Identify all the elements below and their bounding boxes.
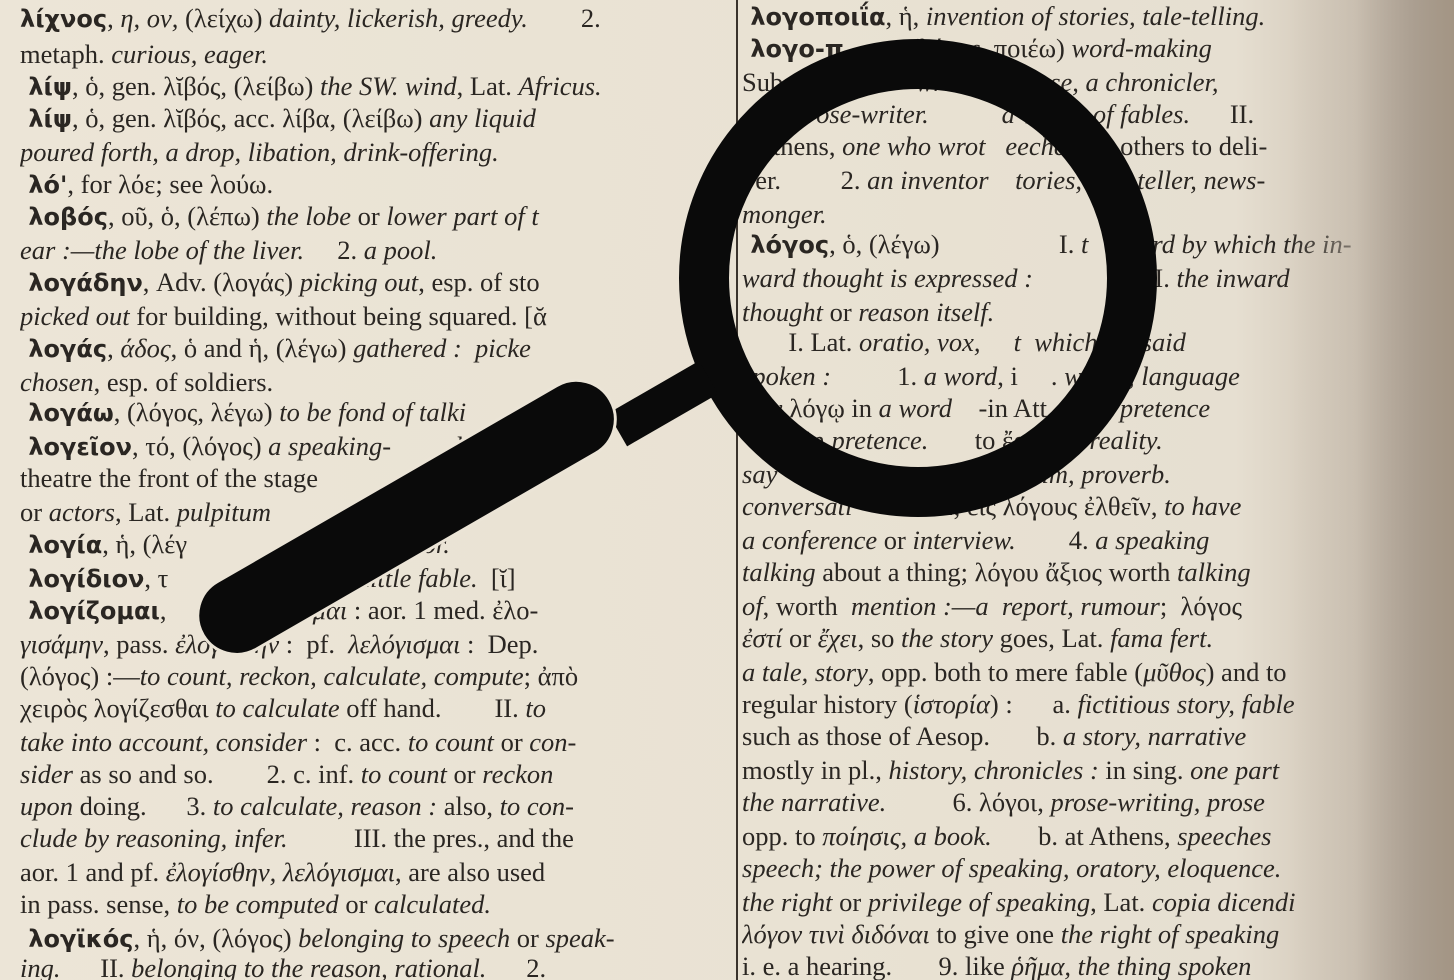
definition-italic: interview. [912,525,1015,555]
entry-text: (λείχω) [185,3,269,33]
entry-text: (λόγος) :— [20,661,140,691]
dictionary-line: opp. to ποίησις, a book. b. at Athens, s… [742,820,1271,853]
entry-text: goes, Lat. [993,623,1110,653]
definition-italic: calculated. [374,889,491,919]
entry-text: or [494,727,529,757]
left-column: λίχνος, η, ον, (λείχω) dainty, lickerish… [20,0,720,980]
entry-text: such as those of Aesop. b. [742,721,1063,751]
dictionary-line: Athens, one who wrot eeches for others t… [742,130,1267,163]
definition-italic: ear :—the lobe of the liver. [20,235,304,265]
definition-italic: belonging to the reason, rational. [131,953,486,980]
definition-italic: clude by reasoning, infer. [20,823,288,853]
dictionary-line: ward thought is expressed : II. the inwa… [742,262,1290,295]
definition-italic: mention :—a report, rumour [851,591,1160,621]
dictionary-line: λογίδιον, τ γος, a little fable. [ῐ] [20,562,516,595]
entry-text: ; εἰς λόγους ἐλθεῖν, [953,491,1164,521]
definition-italic: a writer of fables. [1002,99,1190,129]
headword: λοβός [20,203,108,231]
entry-text: ; ἀπὸ [524,661,579,691]
entry-text: or [877,525,912,555]
definition-italic: thought [742,297,823,327]
dictionary-line: of, worth mention :—a report, rumour; λό… [742,590,1242,623]
entry-text: for others to deli- [1076,131,1267,161]
entry-text: , so [858,623,901,653]
entry-text: mostly in pl., [742,755,889,785]
entry-text: 2. [528,3,601,33]
dictionary-line: sider as so and so. 2. c. inf. to count … [20,758,553,791]
dictionary-line: in pass. sense, to be computed or calcul… [20,888,491,921]
dictionary-page: λίχνος, η, ον, (λείχω) dainty, lickerish… [0,0,1454,980]
dictionary-line: a conference or interview. 4. a speaking [742,524,1209,557]
dictionary-line: ist, prose-writer. a writer of fables. I… [742,98,1254,131]
definition-italic: ἱστορία [913,689,990,719]
definition-italic: the inward [1177,263,1290,293]
dictionary-line: regular history (ἱστορία) : a. fictitiou… [742,688,1295,721]
definition-italic: t which is said [1014,327,1186,357]
definition-italic: a speaking [1095,525,1209,555]
entry-text: , pass. [103,629,175,659]
definition-italic: word-making [1071,33,1211,63]
dictionary-line: metaph. curious, eager. [20,38,268,71]
dictionary-line: such as those of Aesop. b. a story, narr… [742,720,1246,753]
entry-text: II. [1033,263,1177,293]
definition-italic: dainty, lickerish, greedy. [269,3,528,33]
definition-italic: λόγον τινὶ διδόναι [742,919,930,949]
entry-text: , ὁ, (λέγω) I. [829,229,1081,259]
entry-text: ) : a. [990,689,1078,719]
entry-text: -in Att., [952,393,1067,423]
entry-text: (λόγος, ποιέω) [844,33,1072,63]
dictionary-line: λογοποιΐα, ἡ, invention of stories, tale… [742,0,1265,33]
dictionary-line: ver. 2. an inventor tories, tale-teller,… [742,164,1265,197]
entry-text: metaph. [20,39,111,69]
entry-text: or [833,887,868,917]
dictionary-line: λογίζομαι, Att. ιοῦμαι : aor. 1 med. ἐλο… [20,594,538,627]
definition-italic: pretence. [832,425,929,455]
entry-text: , ἡ, όν, (λόγος) [134,923,299,953]
entry-text: or [447,759,482,789]
dictionary-line: λίχνος, η, ον, (λείχω) dainty, lickerish… [20,2,601,35]
definition-italic: to count [361,759,447,789]
entry-text: , ὁ, gen. λῐβός, acc. λίβα, (λείβω) [72,103,429,133]
entry-text: 6. λόγοι, [886,787,1050,817]
entry-text: ver. 2. [742,165,867,195]
entry-text: ; λόγος [1160,591,1242,621]
definition-italic: gathered : picke [353,333,531,363]
entry-text: or [351,201,386,231]
entry-text: τεῖν λόγῳ in [742,393,879,423]
dictionary-line: theatre the front of the stage the speak… [20,462,542,495]
headword: λό' [20,171,67,199]
definition-italic: any liquid [429,103,536,133]
definition-italic: curious, eager. [111,39,268,69]
definition-italic: lower part of t [386,201,538,231]
definition-italic: speakers [450,463,543,493]
definition-italic: a story, narrative [1063,721,1246,751]
entry-text: 2. [304,235,364,265]
definition-italic: copia dicendi [1152,887,1296,917]
entry-text: I. Lat. [742,327,859,357]
dictionary-line: λίψ, ὁ, gen. λῐβός, acc. λίβα, (λείβω) a… [20,102,536,135]
entry-text: to give one [930,919,1061,949]
entry-text: as so and so. 2. c. inf. [73,759,361,789]
headword: λίψ [20,105,72,133]
definition-italic: ἐλογίσθην [175,629,279,659]
definition-italic: to calculate [215,693,339,723]
dictionary-line: a tale, story, opp. both to mere fable (… [742,656,1287,689]
entry-text: , Att. [160,595,280,625]
entry-text: χειρὸς λογίζεσθαι [20,693,215,723]
definition-italic: ward thought is expressed : [742,263,1033,293]
definition-italic: speech; the power of speaking, oratory, … [742,853,1281,883]
definition-italic: oracle, maxim, proverb. [916,459,1170,489]
entry-text [852,491,898,521]
definition-italic: history, chronicles : [889,755,1099,785]
definition-italic: ist, prose-writer. [755,99,929,129]
dictionary-line: λογάδην, Adv. (λογάς) picking out, esp. … [20,266,540,299]
definition-italic: to be computed [177,889,339,919]
headword: λογεῖον [20,433,132,461]
dictionary-line: λίψ, ὁ, gen. λῐβός, (λείβω) the SW. wind… [20,70,602,103]
definition-italic: to count, reckon, calculate, compute [140,661,524,691]
dictionary-line: I. Lat. oratio, vox, t which is said [742,326,1186,359]
dictionary-line: chosen, esp. of soldiers. [20,366,273,399]
headword: λογάω [20,399,114,427]
entry-text: Sub [742,67,783,97]
entry-text: also, [437,791,500,821]
definition-italic: the right of speaking [1061,919,1280,949]
dictionary-line: τεῖν λόγῳ in a word -in Att., talk, pret… [742,392,1210,425]
definition-italic: to have [1164,491,1241,521]
entry-text: , Lat. [457,71,519,101]
definition-italic: ἐλογίσθην, λελόγισμαι [166,857,395,887]
dictionary-line: ear :—the lobe of the liver. 2. a pool. [20,234,437,267]
headword: λίχνος [20,5,107,33]
entry-text: γος, [168,563,343,593]
entry-text [187,529,320,559]
definition-italic: speak- [545,923,614,953]
entry-text: , ἡ, (λέγ [102,529,187,559]
dictionary-line: or actors, Lat. pulpitum [20,496,271,529]
entry-text: or [20,497,49,527]
definition-italic: spoken : [742,361,831,391]
definition-italic: a pool. [364,235,438,265]
entry-text: , (λόγος, λέγω) [114,397,279,427]
dictionary-line: λόγον τινὶ διδόναι to give one the right… [742,918,1279,951]
dictionary-line: picked out for building, without being s… [20,300,547,333]
definition-italic: talking [742,557,816,587]
definition-italic: άδος [120,333,170,363]
definition-italic: fama fert. [1110,623,1213,653]
dictionary-line: λογία, ἡ, (λέγ for the poor. [20,528,450,561]
definition-italic: talking [1177,557,1251,587]
dictionary-line: λογάς, άδος, ὁ and ἡ, (λέγω) gathered : … [20,332,531,365]
definition-italic: picked out [20,301,130,331]
entry-text: III. the pres., and the [288,823,574,853]
definition-italic: a word [879,393,952,423]
definition-italic: prose-writing, prose [1050,787,1264,817]
definition-italic: speeches [1177,821,1271,851]
entry-text: , esp. of soldiers. [94,367,274,397]
entry-text: [ῐ] [478,563,516,593]
headword: λογάς [20,335,107,363]
entry-text: ) and to [1206,657,1287,687]
entry-text: : aor. 1 med. ἐλο- [347,595,538,625]
definition-italic: Africus. [518,71,601,101]
entry-text: , worth [763,591,851,621]
definition-italic: to con- [500,791,574,821]
definition-italic: tories, tale-teller, news- [1015,165,1265,195]
entry-text [985,131,1005,161]
definition-italic: the SW. wind [320,71,457,101]
dictionary-line: the narrative. 6. λόγοι, prose-writing, … [742,786,1265,819]
definition-italic: privilege of speaking [868,887,1090,917]
entry-text: , [107,3,120,33]
entry-text: in sing. [1099,755,1190,785]
definition-italic: a speaking- [268,431,391,461]
headword: λογίζομαι [20,597,160,625]
definition-italic: the right [742,887,833,917]
dictionary-line: the right or privilege of speaking, Lat.… [742,886,1295,919]
entry-text: , Lat. [115,497,177,527]
entry-text: aor. 1 and pf. [20,857,166,887]
entry-text: Athens, [742,131,842,161]
entry-text [989,165,1016,195]
dictionary-line: λογϊκός, ἡ, όν, (λόγος) belonging to spe… [20,922,615,955]
definition-italic: conversati [742,491,852,521]
dictionary-line: ἐστί or ἔχει, so the story goes, Lat. fa… [742,622,1213,655]
definition-italic: writer of prose, a chronicler, [916,67,1219,97]
dictionary-line: poured forth, a drop, libation, drink-of… [20,136,499,169]
definition-italic: to calculate, reason : [213,791,437,821]
definition-italic: upon [20,791,73,821]
definition-italic: the lobe [266,201,351,231]
entry-text: doing. 3. [73,791,213,821]
entry-text: , Adv. (λογάς) [143,267,300,297]
definition-italic: λελόγισμαι [348,629,460,659]
dictionary-line: (λόγος) :—to count, reckon, calculate, c… [20,660,578,693]
headword: λογία [20,531,102,559]
definition-italic: picking out [300,267,419,297]
definition-italic: sider [20,759,73,789]
definition-italic: to [525,693,546,723]
entry-text: about a thing; λόγου ἄξιος worth [816,557,1177,587]
dictionary-line: aor. 1 and pf. ἐλογίσθην, λελόγισμαι, ar… [20,856,545,889]
definition-italic: for the poor. [320,529,450,559]
definition-italic: μῦθος [1143,657,1206,687]
entry-text: , τό, (λόγος) [132,431,268,461]
definition-italic: eeches [1005,131,1076,161]
entry-text: , esp. of sto [418,267,539,297]
entry-text: όγῳ in [742,425,832,455]
dictionary-line: upon doing. 3. to calculate, reason : al… [20,790,574,823]
dictionary-line: talking about a thing; λόγου ἄξιος worth… [742,556,1251,589]
entry-text: or [782,623,817,653]
dictionary-line: spoken : 1. a word, i . words, language [742,360,1240,393]
definition-italic: a word [924,361,997,391]
dictionary-line: λό', for λόε; see λούω. [20,168,273,201]
entry-text: off hand. II. [340,693,526,723]
definition-italic: ssion [899,491,954,521]
definition-italic: chosen [20,367,94,397]
definition-italic: invention of stories, tale-telling. [926,1,1265,31]
column-divider [736,0,738,980]
entry-text: , [107,333,120,363]
headword: λόγος [742,231,829,259]
dictionary-line: λογο-π (λόγος, ποιέω) word-making [742,32,1212,65]
entry-text: or [823,297,858,327]
dictionary-line: thought or reason itself. [742,296,994,329]
definition-italic: the narrative. [742,787,886,817]
entry-text: to ἔργῳ [928,425,1062,455]
definition-italic: actors [49,497,115,527]
right-column: λογοποιΐα, ἡ, invention of stories, tale… [742,0,1454,980]
entry-text: : pf. [279,629,348,659]
dictionary-line: conversati ssion; εἰς λόγους ἐλθεῖν, to … [742,490,1241,523]
definition-italic: poured forth, a drop, libation, drink-of… [20,137,499,167]
definition-italic: γισάμην [20,629,103,659]
dictionary-line: όγῳ in pretence. to ἔργῳ in reality. [742,424,1163,457]
definition-italic: η, ον, [120,3,185,33]
entry-text [783,67,916,97]
definition-italic: one who wrot [842,131,985,161]
entry-text: , ὁ, gen. λῐβός, (λείβω) [72,71,320,101]
definition-italic: talk, pretence [1067,393,1210,423]
definition-italic: ing. [20,953,61,980]
entry-text: or [510,923,545,953]
definition-italic: monger. [742,199,827,229]
entry-text: , are also used [395,857,545,887]
dictionary-line: mostly in pl., history, chronicles : in … [742,754,1279,787]
dictionary-line: monger. [742,198,827,231]
definition-italic: a little fable. [343,563,478,593]
entry-text: i. e. a hearing. 9. like [742,951,1011,980]
definition-italic: reckon [482,759,553,789]
dictionary-line: speech; the power of speaking, oratory, … [742,852,1281,885]
entry-text: 1. [831,361,924,391]
definition-italic: oratio, vox, [859,327,980,357]
entry-text: 2. [486,953,546,980]
definition-italic: a tale, story [742,657,868,687]
definition-italic: pulpitum [177,497,271,527]
definition-italic: to be fond of talki [279,397,466,427]
headword: λογϊκός [20,925,134,953]
entry-text: regular history ( [742,689,913,719]
entry-text: the [325,463,450,493]
entry-text: opp. to [742,821,822,851]
entry-text: theatre the front of the stage [20,463,325,493]
entry-text: , τ [144,563,168,593]
definition-italic: ιοῦμαι [280,595,347,625]
entry-text: b. at Athens, [992,821,1178,851]
dictionary-line: say oracle, maxim, proverb. [742,458,1171,491]
dictionary-line: λογάω, (λόγος, λέγω) to be fond of talki [20,396,466,429]
headword: λογοποιΐα [742,3,886,31]
entry-text: or [339,889,374,919]
entry-text: , ὁ and ἡ, (λέγω) [171,333,354,363]
entry-text: for building, without being squared. [ᾰ [130,301,547,331]
entry-text [742,99,755,129]
entry-text: , οῦ, ὁ, (λέπω) [108,201,266,231]
headword: λίψ [20,73,72,101]
entry-text: , for λόε; see λούω. [67,169,273,199]
dictionary-line: ing. II. belonging to the reason, ration… [20,952,546,980]
definition-italic: ἔχει [818,623,858,653]
definition-italic: t word by which the in- [1081,229,1352,259]
definition-italic: con- [529,727,576,757]
definition-italic: say [742,459,777,489]
definition-italic: to count [408,727,494,757]
entry-text: : Dep. [460,629,538,659]
definition-italic: belonging to speech [298,923,510,953]
headword: λογο-π [742,35,844,63]
definition-italic: reason itself. [858,297,994,327]
entry-text: in pass. sense, [20,889,177,919]
definition-italic: an inventor [867,165,988,195]
definition-italic: words, language [1064,361,1240,391]
headword: λογίδιον [20,565,144,593]
definition-italic: the story [901,623,993,653]
entry-text: , ἡ, [886,1,926,31]
entry-text: he Att. [391,431,528,461]
definition-italic: of [742,591,763,621]
dictionary-line: take into account, consider : c. acc. to… [20,726,576,759]
dictionary-line: λοβός, οῦ, ὁ, (λέπω) the lobe or lower p… [20,200,539,233]
definition-italic: ἐστί [742,623,782,653]
definition-italic: ῥῆμα, the thing spoken [1011,951,1251,980]
definition-italic: take into account, consider [20,727,307,757]
definition-italic: one part [1190,755,1279,785]
dictionary-line: clude by reasoning, infer. III. the pres… [20,822,574,855]
entry-text [929,99,1002,129]
entry-text: 4. [1016,525,1096,555]
definition-italic: fictitious story, fable [1077,689,1294,719]
definition-italic: in reality. [1062,425,1163,455]
dictionary-line: i. e. a hearing. 9. like ῥῆμα, the thing… [742,950,1251,980]
entry-text [777,459,916,489]
entry-text: II. [61,953,132,980]
dictionary-line: λογεῖον, τό, (λόγος) a speaking- he Att. [20,430,528,463]
entry-text: , i . [997,361,1064,391]
entry-text: , opp. both to mere fable ( [868,657,1143,687]
entry-text: II. [1190,99,1254,129]
entry-text [980,327,1013,357]
dictionary-line: γισάμην, pass. ἐλογίσθην : pf. λελόγισμα… [20,628,538,661]
definition-italic: a conference [742,525,877,555]
entry-text: , Lat. [1090,887,1152,917]
dictionary-line: λόγος, ὁ, (λέγω) I. t word by which the … [742,228,1352,261]
entry-text: : c. acc. [307,727,408,757]
dictionary-line: Sub writer of prose, a chronicler, [742,66,1219,99]
dictionary-line: χειρὸς λογίζεσθαι to calculate off hand.… [20,692,546,725]
definition-italic: ποίησις, a book. [822,821,991,851]
headword: λογάδην [20,269,143,297]
